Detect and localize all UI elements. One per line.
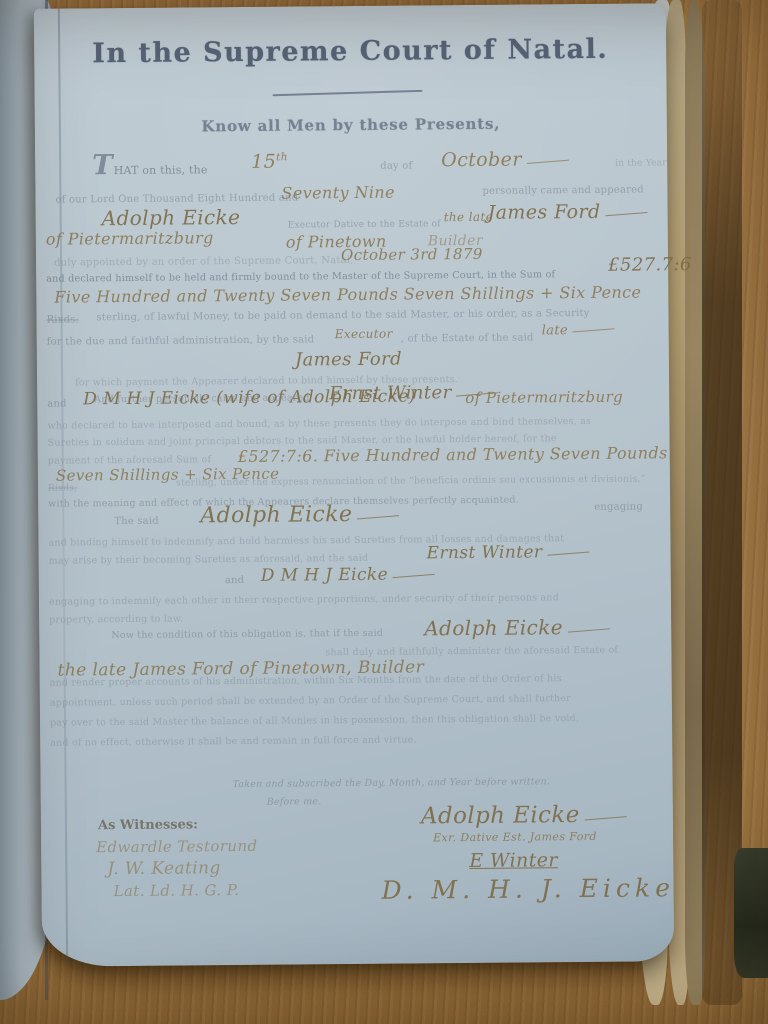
hw-executor-place: of Pietermaritzburg — [46, 228, 214, 248]
witness1-signature: Edwardle Testorund — [96, 837, 257, 856]
line-no-effect: and of no effect, otherwise it shall be … — [50, 734, 417, 748]
line-duly-appointed: duly appointed by an order of the Suprem… — [54, 255, 354, 269]
line-of-our-lord: of our Lord One Thousand Eight Hundred a… — [55, 192, 298, 205]
principal-signature-note: Exr. Dative Est. James Ford — [433, 830, 597, 844]
line-and-2: and — [225, 575, 245, 586]
struck-rixdollars-2: Rixds, — [48, 483, 77, 493]
hw-sum-figures: £527.7:6 — [608, 254, 692, 276]
hw-sum-repeat: £527:7:6. Five Hundred and Twenty Seven … — [238, 443, 668, 466]
line-appointment: appointment, unless such period shall be… — [50, 693, 571, 709]
hw-day: 15th — [251, 151, 288, 173]
struck-rixdollars: Rixds. — [47, 314, 79, 325]
hw-sum-words: Five Hundred and Twenty Seven Pounds Sev… — [54, 282, 641, 306]
hw-surety1-repeat: Ernst Winter — [427, 542, 590, 563]
line-of-estate: , of the Estate of the said — [401, 332, 534, 344]
line-day-of: day of — [380, 160, 412, 171]
day-number: 15 — [251, 151, 276, 173]
photo-of-document: In the Supreme Court of Natal. Know all … — [0, 0, 768, 1024]
line-faithful-admin: for the due and faithful administration,… — [47, 334, 315, 347]
line-property: property, according to law. — [49, 613, 183, 625]
title-rule — [273, 90, 423, 96]
line-each-other: engaging to indemnify each other in thei… — [49, 592, 559, 607]
line-administer: shall duly and faithfully administer the… — [325, 645, 618, 659]
line-before-me: Before me. — [267, 796, 322, 807]
line-engaging: engaging — [594, 501, 643, 512]
line-condition: Now the condition of this obligation is,… — [111, 628, 383, 641]
line-in-the-year: in the Year — [615, 158, 667, 168]
presents-heading: Know all Men by these Presents, — [35, 113, 667, 137]
witness2-signature: J. W. Keating — [107, 858, 221, 879]
line-the-said: The said — [114, 516, 159, 527]
principal-signature: Adolph Eicke — [421, 802, 627, 830]
line-taken-subscribed: Taken and subscribed the Day, Month, and… — [233, 776, 551, 790]
hw-late-word: late — [542, 323, 616, 339]
court-title: In the Supreme Court of Natal. — [34, 33, 666, 70]
surety2-signature: D. M. H. J. Eicke — [381, 873, 675, 905]
day-suffix: th — [276, 151, 288, 163]
line-sterling-security: sterling, of lawful Money, to be paid on… — [96, 308, 589, 323]
surety1-signature: E Winter — [469, 849, 558, 872]
document-page: In the Supreme Court of Natal. Know all … — [34, 3, 674, 966]
witnesses-heading: As Witnesses: — [98, 817, 198, 833]
hw-appointment-date: October 3rd 1879 — [341, 245, 483, 264]
hw-surety2-repeat: D M H J Eicke — [261, 564, 435, 586]
hw-executor-word: Executor — [335, 327, 393, 342]
line-executor-title: Executor Dative to the Estate of — [288, 219, 441, 230]
hw-principal: Adolph Eicke — [200, 502, 399, 529]
witness3-signature: Lat. Ld. H. G. P. — [113, 881, 239, 900]
line-came-appeared: personally came and appeared — [482, 184, 643, 196]
hw-month: October — [441, 148, 569, 171]
hw-deceased-name-2: James Ford — [295, 349, 402, 371]
hw-executor-name: Adolph Eicke — [102, 205, 241, 230]
line-pay-over: pay over to the said Master the balance … — [50, 713, 579, 729]
book-cover-edge — [734, 848, 768, 978]
hw-surety-place: of Pietermaritzburg — [465, 388, 623, 407]
line-interposed: who declared to have interposed and boun… — [47, 416, 591, 432]
hw-surety2-full: D M H J Eicke (wife of Adolph Eicke) — [83, 386, 416, 409]
hw-the-late: the late — [444, 210, 494, 224]
hw-year-words: Seventy Nine — [281, 183, 395, 203]
line-bound-sum: and declared himself to be held and firm… — [46, 269, 555, 284]
hw-principal-2: Adolph Eicke — [424, 615, 610, 641]
line-and: and — [47, 399, 67, 410]
line-that-on: THAT on this, the — [92, 157, 207, 177]
hw-deceased-name: James Ford — [488, 200, 648, 223]
